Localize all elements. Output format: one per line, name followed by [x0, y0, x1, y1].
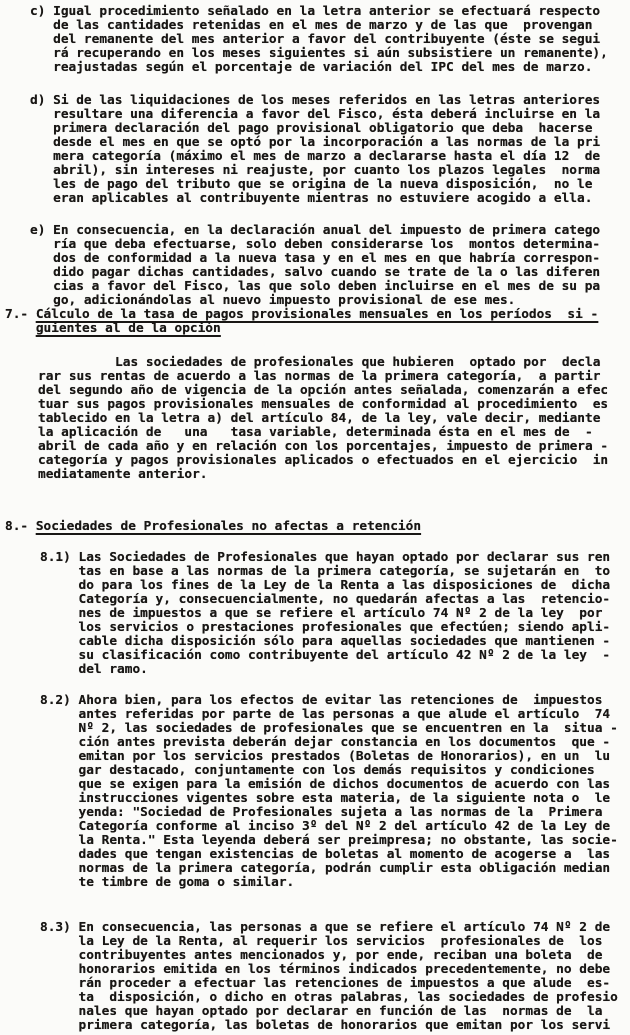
- section-7-paragraph-text: Las sociedades de profesionales que hubi…: [38, 356, 608, 482]
- item-8-1-text: Las Sociedades de Profesionales que haya…: [79, 551, 611, 677]
- item-e-text: En consecuencia, en la declaración anual…: [53, 224, 600, 308]
- item-8-1-label: 8.1): [40, 551, 79, 565]
- item-c: c) Igual procedimiento señalado en la le…: [30, 5, 630, 75]
- item-e-label: e): [30, 224, 53, 238]
- item-e: e) En consecuencia, en la declaración an…: [30, 224, 630, 308]
- item-8-2-text: Ahora bien, para los efectos de evitar l…: [79, 694, 618, 890]
- item-d: d) Si de las liquidaciones de los meses …: [30, 94, 630, 206]
- section-8-heading: 8.- Sociedades de Profesionales no afect…: [5, 520, 630, 534]
- item-8-3: 8.3) En consecuencia, las personas a que…: [40, 921, 630, 1033]
- item-8-1: 8.1) Las Sociedades de Profesionales que…: [40, 551, 630, 677]
- item-8-3-label: 8.3): [40, 921, 79, 935]
- item-8-2: 8.2) Ahora bien, para los efectos de evi…: [40, 694, 630, 890]
- item-8-2-label: 8.2): [40, 694, 79, 708]
- section-8-number: 8.-: [5, 520, 36, 534]
- item-c-text: Igual procedimiento señalado en la letra…: [53, 5, 608, 75]
- item-c-label: c): [30, 5, 53, 19]
- section-7-heading: 7.- Cálculo de la tasa de pagos provisio…: [5, 308, 630, 336]
- item-8-3-text: En consecuencia, las personas a que se r…: [79, 921, 618, 1033]
- section-7-number: 7.-: [5, 308, 36, 322]
- section-7-paragraph: Las sociedades de profesionales que hubi…: [38, 356, 630, 482]
- item-d-label: d): [30, 94, 53, 108]
- section-8-heading-text: Sociedades de Profesionales no afectas a…: [36, 520, 421, 534]
- item-d-text: Si de las liquidaciones de los meses ref…: [53, 94, 600, 206]
- section-7-heading-text: Cálculo de la tasa de pagos provisionale…: [36, 308, 598, 336]
- scanned-document-page: c) Igual procedimiento señalado en la le…: [0, 5, 630, 1035]
